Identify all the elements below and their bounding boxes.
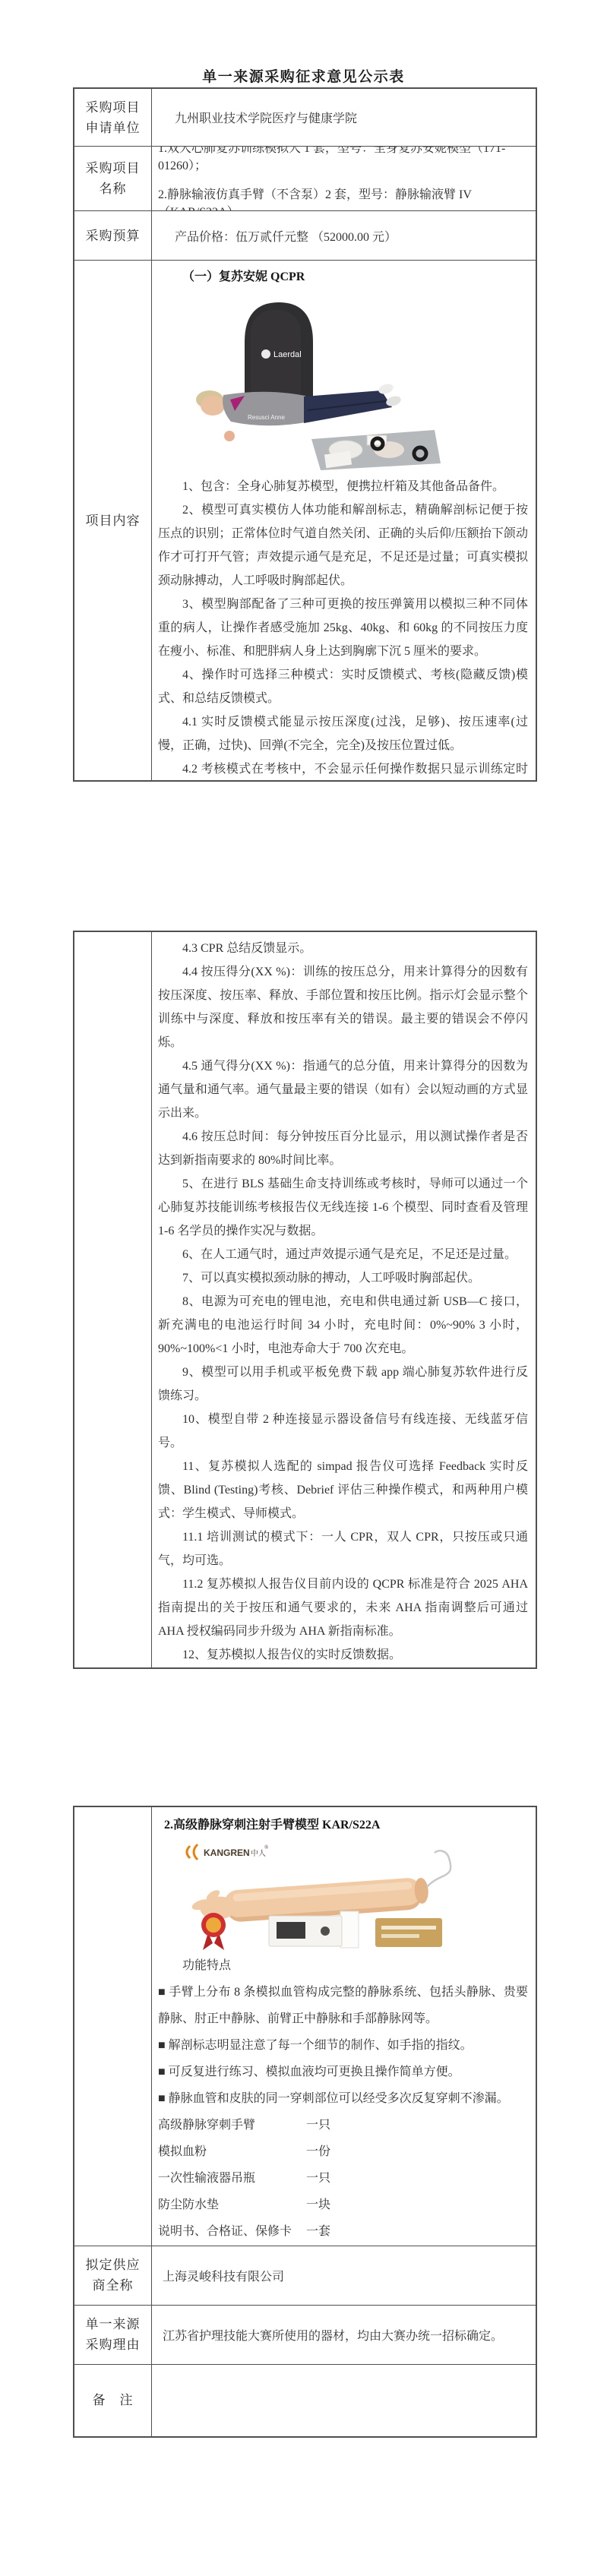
product1-heading: （一）复苏安妮 QCPR: [158, 265, 528, 289]
spec-item: 4.5 通气得分(XX %)：指通气的总分值，用来计算得分的因数为通气量和通气率…: [158, 1054, 528, 1125]
kangren-logo-icon: KANGREN 中人 ®: [187, 1844, 269, 1860]
spec-item: 9、模型可以用手机或平板免费下载 app 端心肺复苏软件进行反馈练习。: [158, 1361, 528, 1408]
applicant-label: 采购项目 申请单位: [74, 89, 152, 146]
project-name-item-2: 2.静脉输液仿真手臂（不含泵）2 套，型号：静脉输液臂 IV（KAR/S22A）…: [158, 185, 528, 211]
project-content-body: （一）复苏安妮 QCPR Laerdal: [152, 261, 536, 780]
spec-item: 4.3 CPR 总结反馈显示。: [158, 937, 528, 960]
accessory-qty: 一份: [306, 2138, 330, 2165]
project-name-item-1: 1.双人心肺复苏训练模拟人 1 套，型号：全身复苏安妮模型（171-01260）…: [158, 147, 528, 173]
accessory-row: 高级静脉穿刺手臂 一只: [158, 2112, 528, 2138]
spec-item: 11.2 复苏模拟人报告仪目前内设的 QCPR 标准是符合 2025 AHA 指…: [158, 1572, 528, 1643]
project-name-value: 1.双人心肺复苏训练模拟人 1 套，型号：全身复苏安妮模型（171-01260）…: [152, 147, 536, 210]
row-project-content-continued: 4.3 CPR 总结反馈显示。 4.4 按压得分(XX %)：训练的按压总分，用…: [74, 932, 536, 1667]
row-supplier: 拟定供应 商全称 上海灵峻科技有限公司: [74, 2246, 536, 2305]
procurement-table-page-3: 2.高级静脉穿刺注射手臂模型 KAR/S22A KANGREN 中人 ®: [73, 1806, 537, 2438]
spec-item: 8、电源为可充电的锂电池，充电和供电通过新 USB—C 接口，新充满电的电池运行…: [158, 1290, 528, 1361]
remark-label: 备 注: [74, 2365, 152, 2437]
empty-label-cell: [74, 1807, 152, 2246]
budget-value: 产品价格：伍万贰仟元整 （52000.00 元）: [152, 211, 536, 260]
reason-label: 单一来源 采购理由: [74, 2306, 152, 2364]
accessory-row: 模拟血粉 一份: [158, 2138, 528, 2165]
row-product2-content: 2.高级静脉穿刺注射手臂模型 KAR/S22A KANGREN 中人 ®: [74, 1807, 536, 2246]
page-title: 单一来源采购征求意见公示表: [0, 65, 607, 86]
document-page: { "title": "单一来源采购征求意见公示表", "rows": { "a…: [0, 0, 607, 2576]
feature-item: ■ 解剖标志明显注意了每一个细节的制作、如手指的指纹。: [158, 2032, 528, 2059]
award-ribbon-icon: [201, 1913, 226, 1950]
spec-item: 4.1 实时反馈模式能显示按压深度(过浅，足够)、按压速率(过慢，正确，过快)、…: [158, 710, 528, 757]
spec-item: 4.6 按压总时间：每分钟按压百分比显示，用以测试操作者是否达到新指南要求的 8…: [158, 1125, 528, 1172]
row-project-content: 项目内容 （一）复苏安妮 QCPR Laerdal: [74, 260, 536, 780]
registered-mark: ®: [264, 1844, 269, 1851]
blood-pump-device-icon: [269, 1911, 359, 1948]
accessory-row: 说明书、合格证、保修卡 一套: [158, 2218, 528, 2245]
accessory-name: 防尘防水垫: [158, 2192, 306, 2218]
empty-label-cell: [74, 932, 152, 1667]
iv-arm-photo: KANGREN 中人 ®: [158, 1838, 528, 1952]
row-remark: 备 注: [74, 2364, 536, 2437]
spec-item: 7、可以真实模拟颈动脉的搏动，人工呼吸时胸部起伏。: [158, 1266, 528, 1290]
procurement-table-page-1: 采购项目 申请单位 九州职业技术学院医疗与健康学院 采购项目 名称 1.双人心肺…: [73, 87, 537, 782]
kangren-brand-cn-text: 中人: [251, 1848, 266, 1858]
project-name-label: 采购项目 名称: [74, 147, 152, 210]
spec-item: 1、包含：全身心肺复苏模型，便携拉杆箱及其他备品备件。: [158, 475, 528, 498]
spec-item: 2、模型可真实模仿人体功能和解剖标志，精确解剖标记便于按压点的识别；正常体位时气…: [158, 498, 528, 593]
supplier-value: 上海灵峻科技有限公司: [152, 2246, 536, 2305]
spare-face-ball-icon: [224, 431, 235, 441]
spec-item: 3、模型胸部配备了三种可更换的按压弹簧用以模拟三种不同体重的病人，让操作者感受施…: [158, 593, 528, 663]
reason-value: 江苏省护理技能大赛所使用的器材，均由大赛办统一招标确定。: [152, 2306, 536, 2364]
spec-item: 10、模型自带 2 种连接显示器设备信号有线连接、无线蓝牙信号。: [158, 1408, 528, 1455]
project-content-label: 项目内容: [74, 261, 152, 780]
iv-arm-photo-illustration: KANGREN 中人 ®: [179, 1840, 468, 1951]
feature-item: ■ 手臂上分布 8 条模拟血管构成完整的静脉系统、包括头静脉、贵要静脉、肘正中静…: [158, 1979, 528, 2032]
row-project-name: 采购项目 名称 1.双人心肺复苏训练模拟人 1 套，型号：全身复苏安妮模型（17…: [74, 146, 536, 210]
spec-item: 11、复苏模拟人选配的 simpad 报告仪可选择 Feedback 实时反馈、…: [158, 1455, 528, 1525]
kangren-brand-text: KANGREN: [204, 1847, 250, 1858]
budget-label: 采购预算: [74, 211, 152, 260]
resusci-anne-text: Resusci Anne: [248, 414, 285, 421]
manikin-photo-illustration: Laerdal Resusci Anne: [190, 295, 441, 471]
feature-item: ■ 静脉血管和皮肤的同一穿刺部位可以经受多次反复穿刺不渗漏。: [158, 2085, 528, 2112]
supplier-label: 拟定供应 商全称: [74, 2246, 152, 2305]
spec-item: 4.2 考核模式在考核中，不会显示任何操作数据只显示训练定时器。: [158, 757, 528, 780]
accessory-qty: 一块: [306, 2192, 330, 2218]
accessory-row: 防尘防水垫 一块: [158, 2192, 528, 2218]
project-content-continued-body: 4.3 CPR 总结反馈显示。 4.4 按压得分(XX %)：训练的按压总分，用…: [152, 932, 536, 1667]
spec-item: 11.1 培训测试的模式下：一人 CPR，双人 CPR，只按压或只通气，均可选。: [158, 1525, 528, 1572]
product2-heading: 2.高级静脉穿刺注射手臂模型 KAR/S22A: [158, 1812, 528, 1838]
spec-item: 4、操作时可选择三种模式：实时反馈模式、考核(隐藏反馈)模式、和总结反馈模式。: [158, 663, 528, 710]
spec-item: 4.4 按压得分(XX %)：训练的按压总分，用来计算得分的因数有按压深度、按压…: [158, 960, 528, 1054]
features-title: 功能特点: [158, 1952, 528, 1979]
spec-item: 6、在人工通气时，通过声效提示通气是充足，不足还是过量。: [158, 1243, 528, 1266]
accessory-qty: 一只: [306, 2112, 330, 2138]
spec-item: 12.1 按压（Compression）：按压深度，按压间隙和按压频率。: [158, 1667, 528, 1667]
manikin-photo: Laerdal Resusci Anne: [158, 289, 528, 475]
remark-value: [152, 2365, 536, 2437]
procurement-table-page-2: 4.3 CPR 总结反馈显示。 4.4 按压得分(XX %)：训练的按压总分，用…: [73, 931, 537, 1669]
model-info-card-icon: [375, 1918, 442, 1947]
accessory-name: 说明书、合格证、保修卡: [158, 2218, 306, 2245]
row-applicant: 采购项目 申请单位 九州职业技术学院医疗与健康学院: [74, 89, 536, 146]
row-reason: 单一来源 采购理由 江苏省护理技能大赛所使用的器材，均由大赛办统一招标确定。: [74, 2305, 536, 2364]
feature-item: ■ 可反复进行练习、模拟血液均可更换且操作简单方便。: [158, 2059, 528, 2085]
accessory-qty: 一套: [306, 2218, 330, 2245]
accessory-name: 高级静脉穿刺手臂: [158, 2112, 306, 2138]
accessory-name: 一次性输液器吊瓶: [158, 2165, 306, 2192]
accessory-mat-icon: [311, 430, 441, 470]
accessory-qty: 一只: [306, 2165, 330, 2192]
laerdal-brand-text: Laerdal: [273, 350, 302, 359]
product2-body: 2.高级静脉穿刺注射手臂模型 KAR/S22A KANGREN 中人 ®: [152, 1807, 536, 2246]
row-budget: 采购预算 产品价格：伍万贰仟元整 （52000.00 元）: [74, 210, 536, 260]
spec-item: 5、在进行 BLS 基础生命支持训练或考核时，导师可以通过一个心肺复苏技能训练考…: [158, 1172, 528, 1243]
drain-tube-icon: [427, 1851, 451, 1887]
applicant-value: 九州职业技术学院医疗与健康学院: [152, 89, 536, 146]
spec-item: 12、复苏模拟人报告仪的实时反馈数据。: [158, 1643, 528, 1667]
accessory-row: 一次性输液器吊瓶 一只: [158, 2165, 528, 2192]
accessory-name: 模拟血粉: [158, 2138, 306, 2165]
